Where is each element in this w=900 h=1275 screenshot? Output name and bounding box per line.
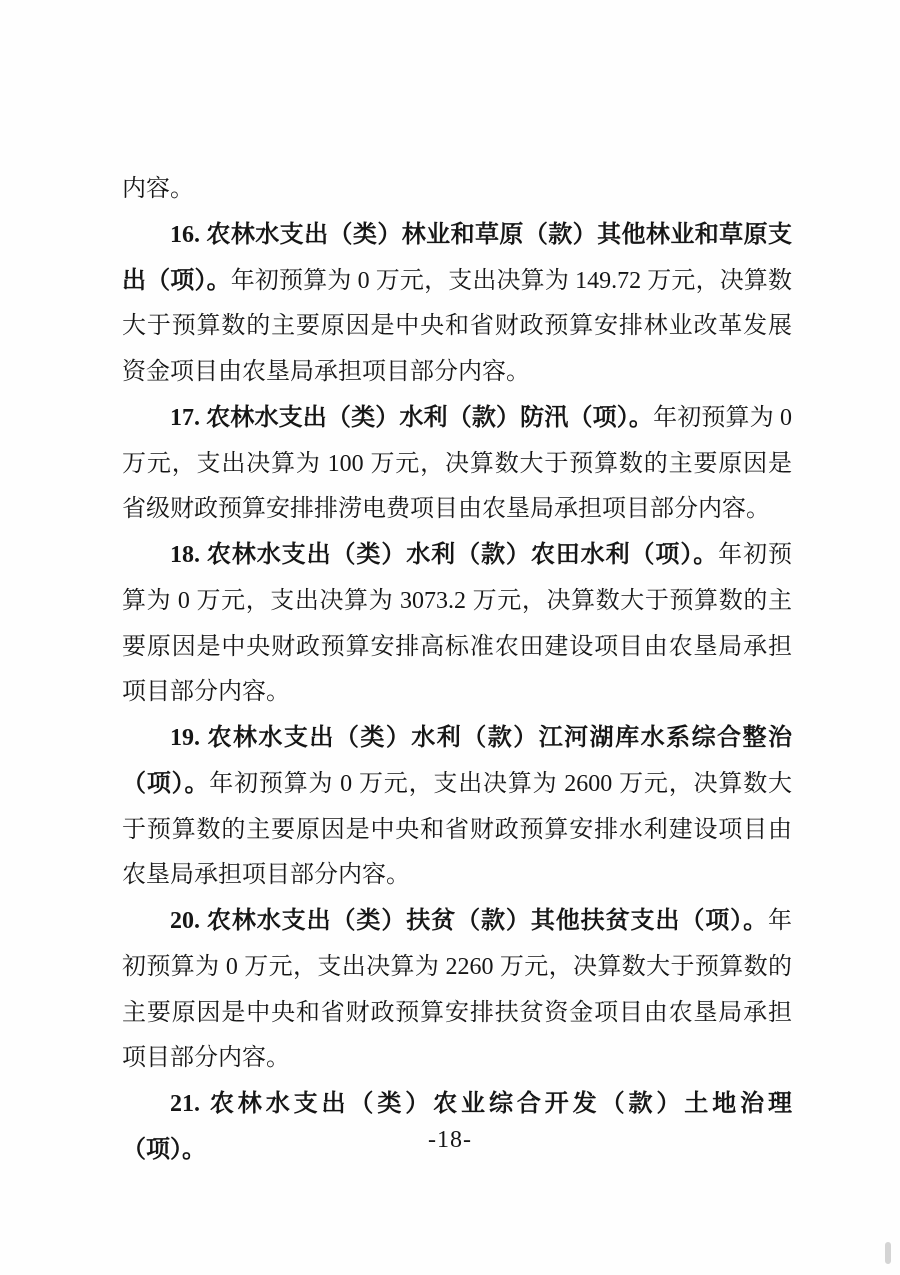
paragraph-item-20: 20. 农林水支出（类）扶贫（款）其他扶贫支出（项）。年初预算为 0 万元，支出… [122, 899, 792, 1082]
paragraph-item-19: 19. 农林水支出（类）水利（款）江河湖库水系综合整治（项）。年初预算为 0 万… [122, 716, 792, 899]
document-text-block: 内容。 16. 农林水支出（类）林业和草原（款）其他林业和草原支出（项）。年初预… [122, 167, 792, 1174]
paragraph-heading: 17. 农林水支出（类）水利（款）防汛（项）。 [170, 405, 653, 431]
paragraph-heading: 20. 农林水支出（类）扶贫（款）其他扶贫支出（项）。 [170, 908, 768, 934]
paragraph-continued: 内容。 [122, 167, 792, 213]
document-page: 内容。 16. 农林水支出（类）林业和草原（款）其他林业和草原支出（项）。年初预… [0, 0, 900, 1275]
paragraph-item-18: 18. 农林水支出（类）水利（款）农田水利（项）。年初预算为 0 万元，支出决算… [122, 533, 792, 716]
page-number: -18- [0, 1118, 900, 1164]
paragraph-text: 年初预算为 0 万元，支出决算为 2600 万元，决算数大于预算数的主要原因是中… [122, 771, 792, 889]
scan-artifact-mark [885, 1242, 891, 1264]
paragraph-item-17: 17. 农林水支出（类）水利（款）防汛（项）。年初预算为 0 万元，支出决算为 … [122, 396, 792, 533]
paragraph-item-16: 16. 农林水支出（类）林业和草原（款）其他林业和草原支出（项）。年初预算为 0… [122, 213, 792, 396]
paragraph-heading: 18. 农林水支出（类）水利（款）农田水利（项）。 [170, 542, 718, 568]
paragraph-text: 内容。 [122, 176, 194, 202]
